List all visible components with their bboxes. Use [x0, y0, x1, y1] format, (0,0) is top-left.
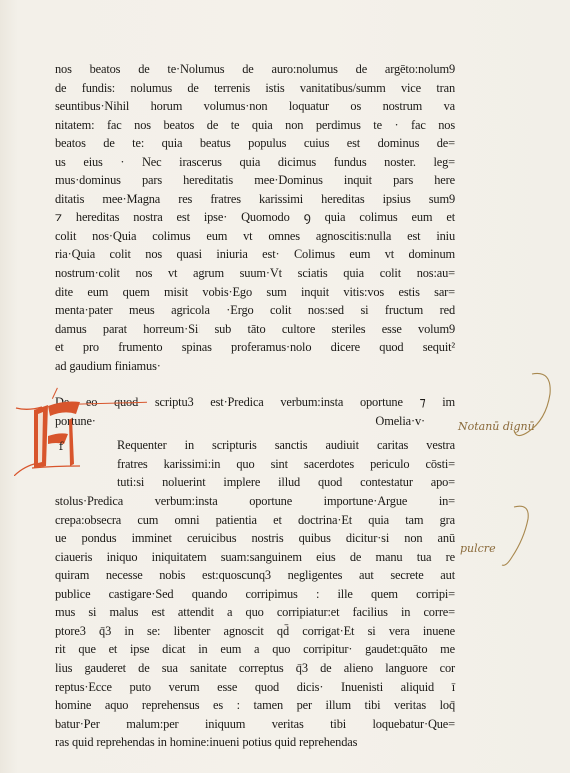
homily-number: Omelia·v·: [375, 412, 455, 431]
text-line: ras quid reprehendas in homine:inueni po…: [55, 733, 455, 752]
text-line: ue pondus imminet ceruicibus nostris qui…: [55, 529, 455, 548]
homily-title-row: portune· Omelia·v·: [55, 412, 455, 431]
text-line: stolus·Predica verbum:insta oportune imp…: [55, 492, 455, 511]
text-line: dite eum quem misit vobis·Ego sum inquit…: [55, 283, 455, 302]
text-line: fratres karissimi:in quo sint sacerdotes…: [55, 455, 455, 474]
text-line: reptus·Ecce puto verum esse quod dicis· …: [55, 678, 455, 697]
text-line: lius gauderet de sua sanitate correptus …: [55, 659, 455, 678]
text-line: damus parat horreum·Si sub tāto cultore …: [55, 320, 455, 339]
text-line: batur·Per malum:per iniquum veritas tibi…: [55, 715, 455, 734]
text-line: ptore3 q̄3 in se: libenter agnoscit qd̄ …: [55, 622, 455, 641]
text-line: crepa:obsecra cum omni patientia et doct…: [55, 511, 455, 530]
rubric-line: De eo quod scriptu3 est·Predica verbum:i…: [55, 393, 455, 412]
text-line: nostrum·colit nos vt agrum suum·Vt sciat…: [55, 264, 455, 283]
margin-bracket-icon: [500, 505, 540, 575]
manuscript-page: ☐ nos beatos de te·Nolumus de auro:nolum…: [0, 0, 570, 773]
text-line: homine aquo reprehensus es : tamen per i…: [55, 696, 455, 715]
text-line: tuti:si noluerint implere illud quod con…: [55, 473, 455, 492]
text-line: nos beatos de te·Nolumus de auro:nolumus…: [55, 60, 455, 79]
text-line: et pro frumento spinas proferamus·nolo d…: [55, 338, 455, 357]
text-line: mus si malus est attendit a quo corripia…: [55, 603, 455, 622]
text-line: colit nos·Quia colimus eum vt omnes agno…: [55, 227, 455, 246]
text-line: menta·pater meus agricola ·Ergo colit no…: [55, 301, 455, 320]
guide-letter: f: [59, 440, 63, 453]
text-line: ⁊ hereditas nostra est ipse· Quomodo ꝯ q…: [55, 208, 455, 227]
text-line: quiram necesse nobis est:quoscunq3 negli…: [55, 566, 455, 585]
text-block: nos beatos de te·Nolumus de auro:nolumus…: [55, 60, 455, 752]
text-line: us eius · Nec irascerus quia dicimus fun…: [55, 153, 455, 172]
text-line: mus·dominus pars hereditatis mee·Dominus…: [55, 171, 455, 190]
text-line: ciaueris iniquo iniquitatem suam:sanguin…: [55, 548, 455, 567]
text-line: beatos de te: quia beatus populus cuius …: [55, 134, 455, 153]
margin-annotation: pulcre: [460, 542, 496, 555]
text-line: seuntibus·Nihil horum volumus·non loquat…: [55, 97, 455, 116]
paragraph-1: nos beatos de te·Nolumus de auro:nolumus…: [55, 60, 455, 375]
text-line: de fundis: nolumus de terrenis istis van…: [55, 79, 455, 98]
text-line: rit que et ipse dicat in eum a quo corri…: [55, 640, 455, 659]
text-line: Requenter in scripturis sanctis audiuit …: [55, 436, 455, 455]
text-line: ria·Quia colit nos quasi iniuria est· Co…: [55, 245, 455, 264]
text-line: nitatem: fac nos beatos de te quia non p…: [55, 116, 455, 135]
text-line: ditatis mee·Magna res fratres karissimi …: [55, 190, 455, 209]
paragraph-2: Requenter in scripturis sanctis audiuit …: [55, 436, 455, 751]
text-line: publice castigare·Sed quando corripimus …: [55, 585, 455, 604]
illuminated-initial-f: f: [14, 400, 76, 470]
text-line: ad gaudium finiamus·: [55, 357, 455, 376]
rubric-heading: De eo quod scriptu3 est·Predica verbum:i…: [55, 393, 455, 430]
margin-bracket-icon: [506, 372, 556, 442]
